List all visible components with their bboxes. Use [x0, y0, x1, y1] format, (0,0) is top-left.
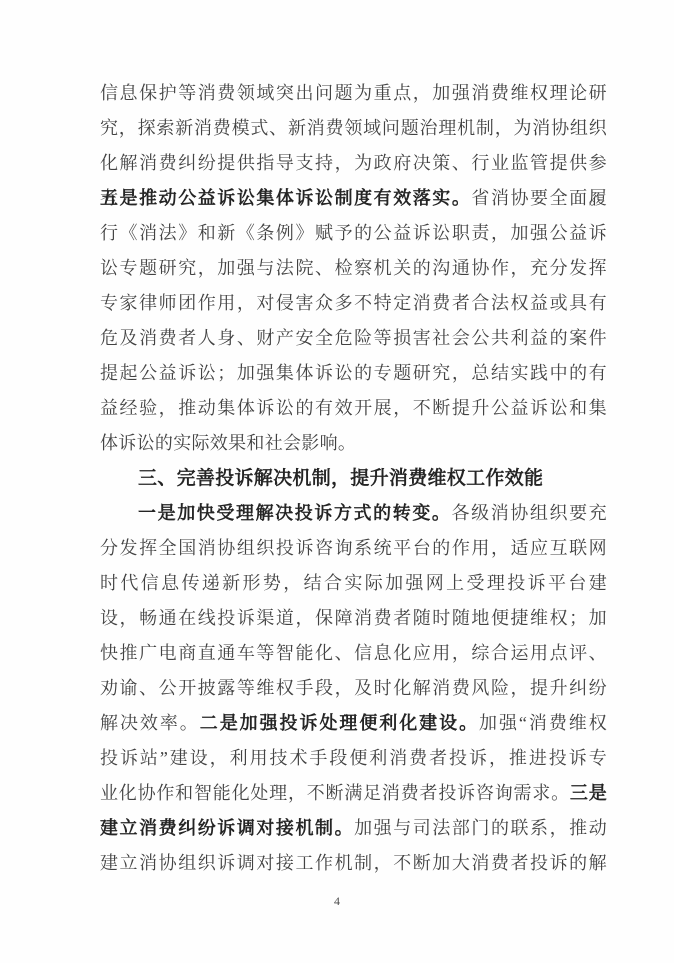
text-line: 投诉站”建设，利用技术手段便利消费者投诉，推进投诉专 — [100, 741, 607, 776]
body-text: 加强与司法部门的联系，推动 — [354, 818, 607, 838]
body-text: 劝谕、公开披露等维权手段，及时化解消费风险，提升纠纷 — [100, 678, 607, 698]
body-text: 益经验，推动集体诉讼的有效开展，不断提升公益诉讼和集 — [100, 398, 607, 418]
body-text: 快推广电商直通车等智能化、信息化应用，综合运用点评、 — [100, 643, 607, 663]
body-text: 分发挥全国消协组织投诉咨询系统平台的作用，适应互联网 — [100, 538, 607, 558]
emphasis-text: 二是加强投诉处理便利化建设。 — [200, 713, 479, 733]
text-line: 建立消协组织诉调对接工作机制，不断加大消费者投诉的解 — [100, 846, 607, 881]
document-text: 信息保护等消费领域突出问题为重点，加强消费维权理论研究，探索新消费模式、新消费领… — [100, 76, 607, 881]
text-line: 劝谕、公开披露等维权手段，及时化解消费风险，提升纠纷 — [100, 671, 607, 706]
body-text: 专家律师团作用，对侵害众多不特定消费者合法权益或具有 — [100, 293, 607, 313]
text-line: 设，畅通在线投诉渠道，保障消费者随时随地便捷维权；加 — [100, 601, 607, 636]
body-text: 加强“消费维权 — [479, 713, 607, 733]
body-text: 危及消费者人身、财产安全危险等损害社会公共利益的案件 — [100, 328, 607, 348]
body-text: 讼专题研究，加强与法院、检察机关的沟通协作，充分发挥 — [100, 258, 607, 278]
emphasis-text: 五是推动公益诉讼集体诉讼制度有效落实。 — [100, 188, 471, 208]
body-text: 提起公益诉讼；加强集体诉讼的专题研究，总结实践中的有 — [100, 363, 607, 383]
emphasis-text: 三、完善投诉解决机制，提升消费维权工作效能 — [138, 468, 543, 489]
text-line: 时代信息传递新形势，结合实际加强网上受理投诉平台建 — [100, 566, 607, 601]
body-text: 时代信息传递新形势，结合实际加强网上受理投诉平台建 — [100, 573, 607, 593]
body-text: 行《消法》和新《条例》赋予的公益诉讼职责，加强公益诉 — [100, 223, 607, 243]
text-line: 建立消费纠纷诉调对接机制。加强与司法部门的联系，推动 — [100, 811, 607, 846]
text-line: 危及消费者人身、财产安全危险等损害社会公共利益的案件 — [100, 321, 607, 356]
body-text: 省消协要全面履 — [471, 188, 607, 208]
text-line: 讼专题研究，加强与法院、检察机关的沟通协作，充分发挥 — [100, 251, 607, 286]
body-text: 投诉站”建设，利用技术手段便利消费者投诉，推进投诉专 — [100, 748, 607, 768]
text-line: 行《消法》和新《条例》赋予的公益诉讼职责，加强公益诉 — [100, 216, 607, 251]
text-line: 体诉讼的实际效果和社会影响。 — [100, 426, 607, 461]
text-line: 快推广电商直通车等智能化、信息化应用，综合运用点评、 — [100, 636, 607, 671]
text-line: 益经验，推动集体诉讼的有效开展，不断提升公益诉讼和集 — [100, 391, 607, 426]
emphasis-text: 一是加快受理解决投诉方式的转变。 — [138, 503, 452, 523]
body-text: 业化协作和智能化处理，不断满足消费者投诉咨询需求。 — [100, 783, 570, 803]
page-number: 4 — [0, 894, 674, 909]
section-heading: 三、完善投诉解决机制，提升消费维权工作效能 — [100, 461, 607, 496]
text-line: 一是加快受理解决投诉方式的转变。各级消协组织要充 — [100, 496, 607, 531]
text-line: 信息保护等消费领域突出问题为重点，加强消费维权理论研 — [100, 76, 607, 111]
body-text: 设，畅通在线投诉渠道，保障消费者随时随地便捷维权；加 — [100, 608, 607, 628]
emphasis-text: 三是 — [570, 783, 607, 803]
body-text: 信息保护等消费领域突出问题为重点，加强消费维权理论研 — [100, 83, 607, 103]
body-text: 体诉讼的实际效果和社会影响。 — [100, 433, 356, 453]
body-text: 各级消协组织要充 — [452, 503, 607, 523]
text-line: 化解消费纠纷提供指导支持，为政府决策、行业监管提供参考。 — [100, 146, 607, 181]
body-text: 解决效率。 — [100, 713, 200, 733]
text-line: 提起公益诉讼；加强集体诉讼的专题研究，总结实践中的有 — [100, 356, 607, 391]
emphasis-text: 建立消费纠纷诉调对接机制。 — [100, 818, 354, 838]
text-line: 究，探索新消费模式、新消费领域问题治理机制，为消协组织 — [100, 111, 607, 146]
text-line: 业化协作和智能化处理，不断满足消费者投诉咨询需求。三是 — [100, 776, 607, 811]
text-line: 分发挥全国消协组织投诉咨询系统平台的作用，适应互联网 — [100, 531, 607, 566]
text-line: 五是推动公益诉讼集体诉讼制度有效落实。省消协要全面履 — [100, 181, 607, 216]
text-line: 解决效率。二是加强投诉处理便利化建设。加强“消费维权 — [100, 706, 607, 741]
body-text: 究，探索新消费模式、新消费领域问题治理机制，为消协组织 — [100, 118, 607, 138]
text-line: 专家律师团作用，对侵害众多不特定消费者合法权益或具有 — [100, 286, 607, 321]
document-page: 信息保护等消费领域突出问题为重点，加强消费维权理论研究，探索新消费模式、新消费领… — [0, 0, 674, 963]
body-text: 建立消协组织诉调对接工作机制，不断加大消费者投诉的解 — [100, 853, 607, 873]
